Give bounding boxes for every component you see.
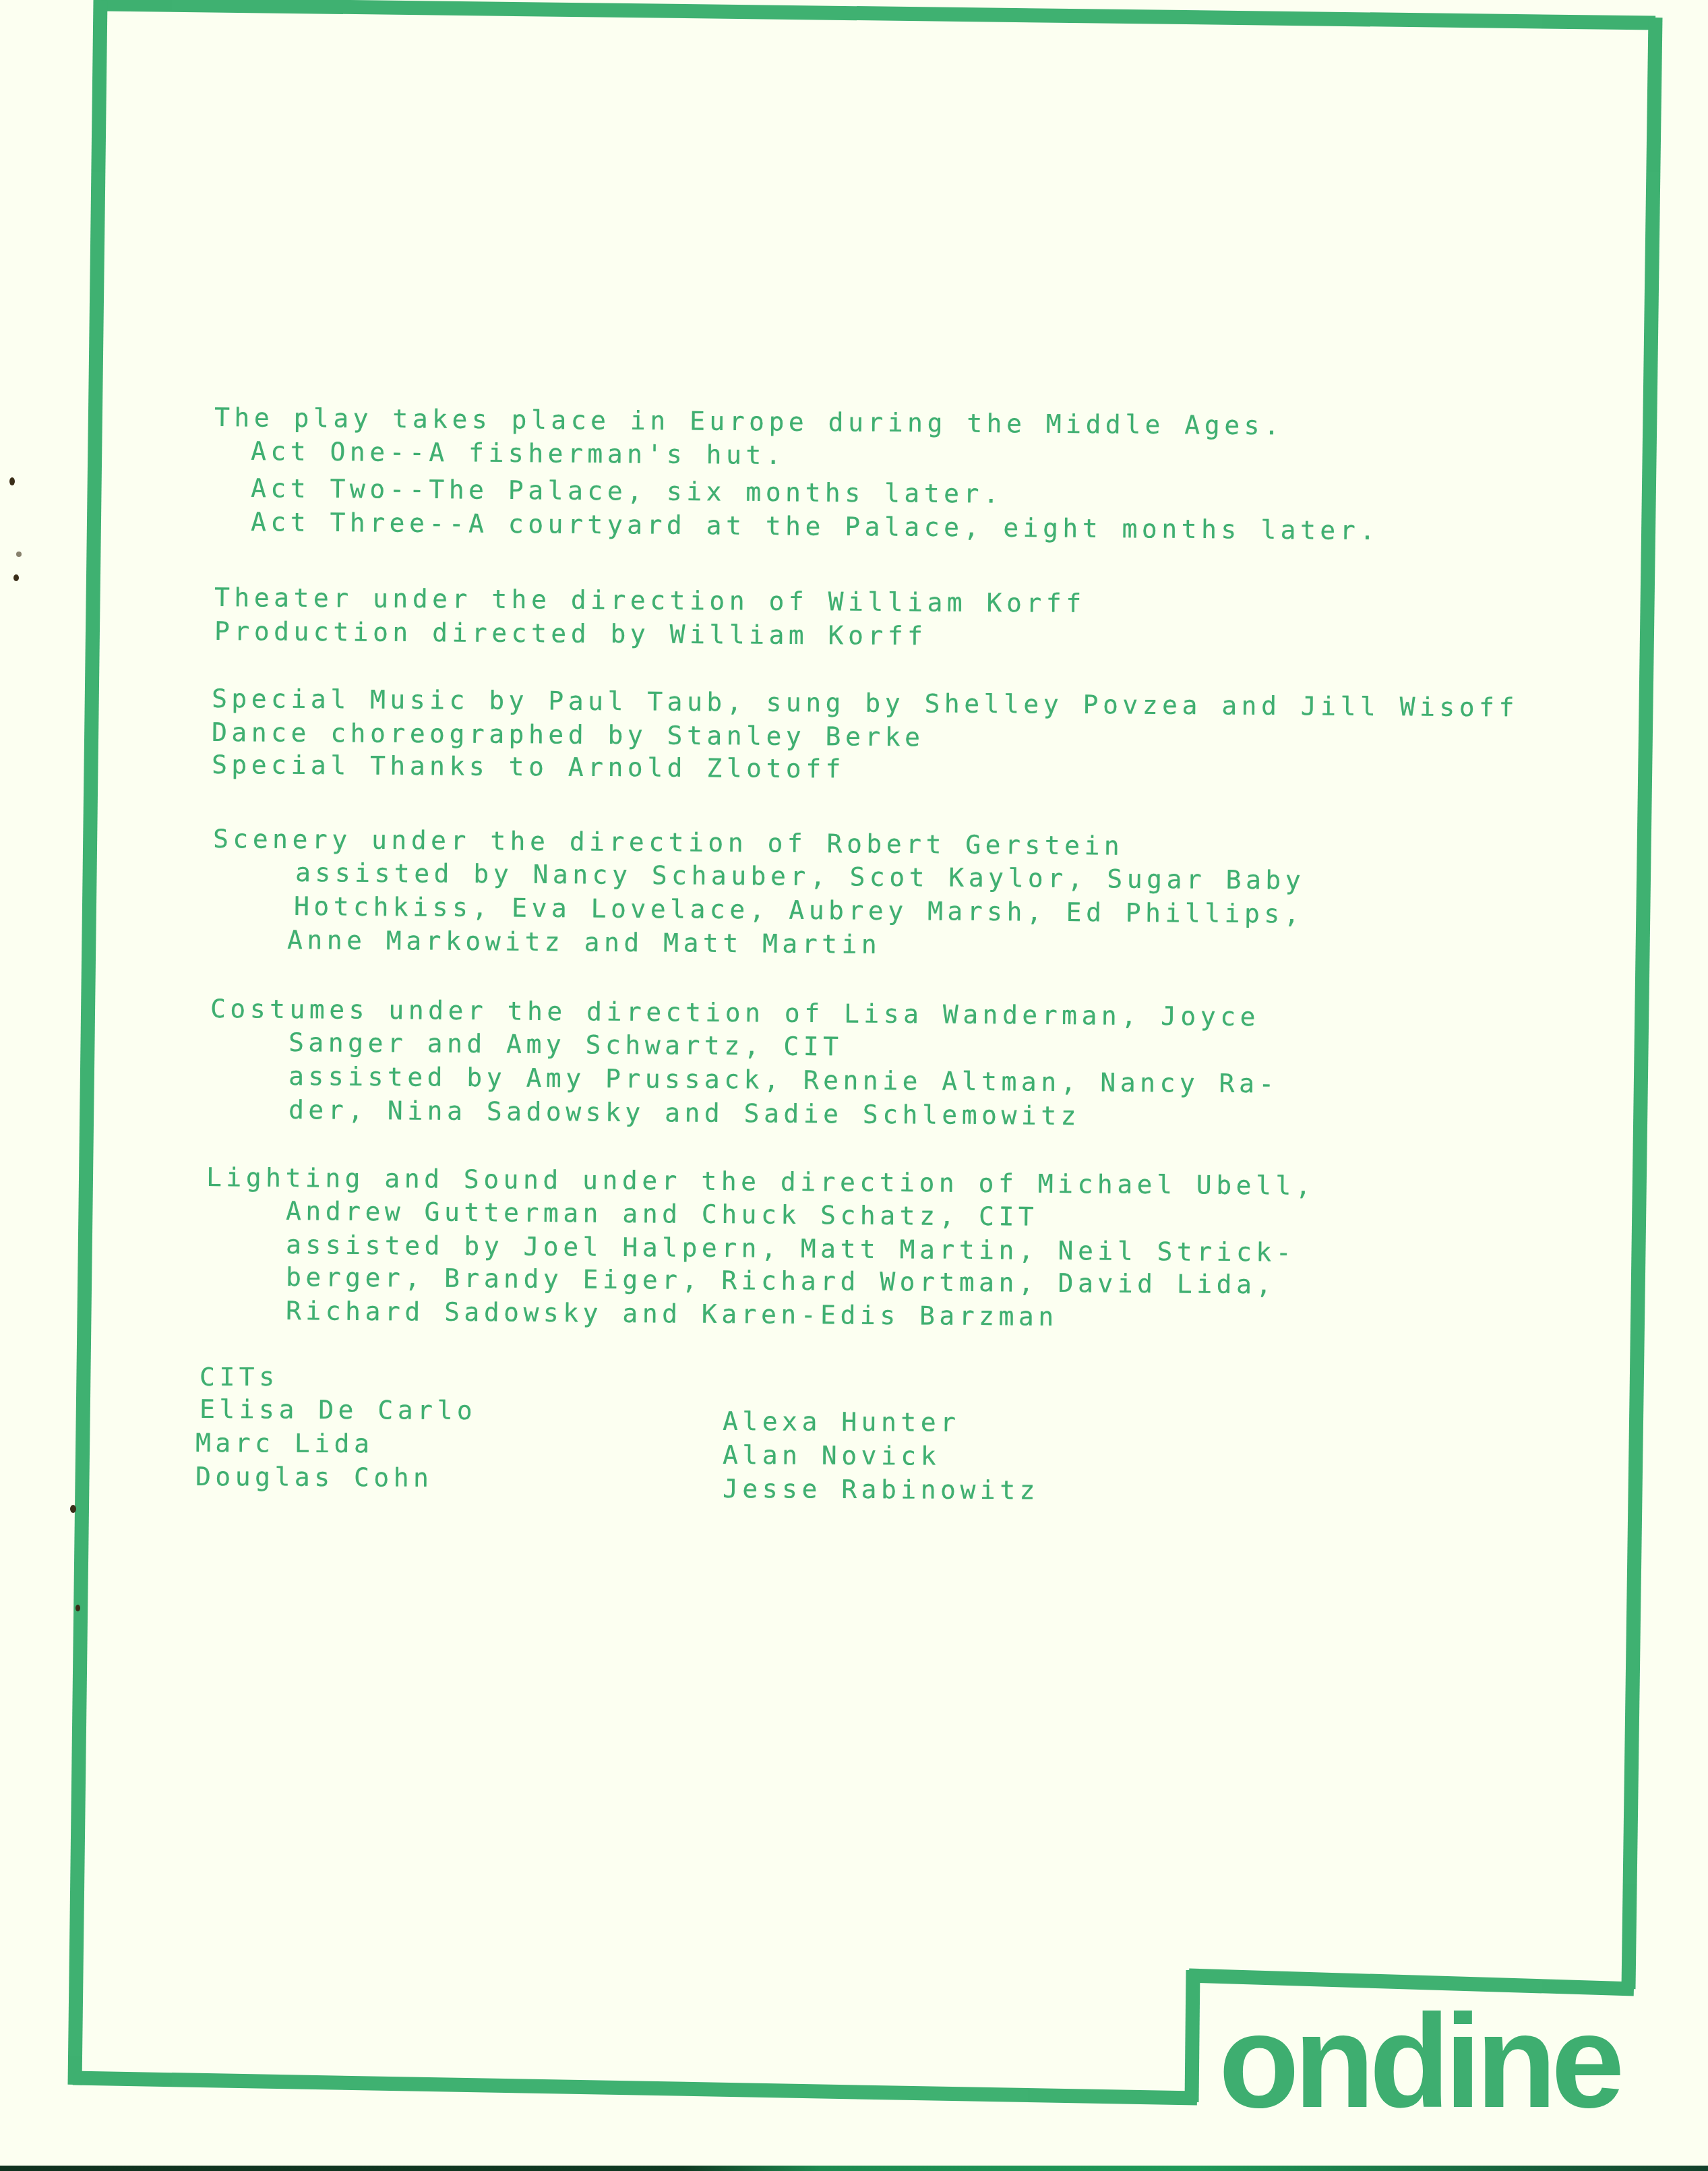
theater-direction: Theater under the direction of William K…: [214, 581, 1086, 620]
scan-edge-strip: [0, 2166, 1708, 2171]
costumes-line-2: Sanger and Amy Schwartz, CIT: [288, 1026, 843, 1063]
ondine-logo: ondine: [1219, 1996, 1619, 2128]
costumes-assist-1: assisted by Amy Prussack, Rennie Altman,…: [288, 1060, 1279, 1100]
cit-right-2: Alan Novick: [723, 1439, 940, 1473]
costumes-assist-2: der, Nina Sadowsky and Sadie Schlemowitz: [288, 1094, 1080, 1132]
paper-speck: [13, 574, 19, 581]
paper-speck: [16, 552, 22, 557]
scenery-assist-2: Hotchkiss, Eva Lovelace, Aubrey Marsh, E…: [294, 890, 1304, 930]
act-two: Act Two--The Palace, six months later.: [251, 472, 1004, 510]
act-three: Act Three--A courtyard at the Palace, ei…: [251, 506, 1380, 547]
scenery-assist-3: Anne Markowitz and Matt Martin: [287, 924, 882, 961]
cit-left-1: Elisa De Carlo: [200, 1393, 477, 1427]
lighting-assist-3: Richard Sadowsky and Karen-Edis Barzman: [286, 1295, 1058, 1333]
production-direction: Production directed by William Korff: [214, 615, 927, 652]
special-thanks: Special Thanks to Arnold Zlotoff: [212, 748, 845, 785]
dance-credit: Dance choreographed by Stanley Berke: [212, 716, 925, 753]
lighting-line-2: Andrew Gutterman and Chuck Schatz, CIT: [286, 1195, 1039, 1233]
lighting-assist-2: berger, Brandy Eiger, Richard Wortman, D…: [286, 1261, 1276, 1301]
cit-right-3: Jesse Rabinowitz: [723, 1473, 1039, 1506]
paper-speck: [9, 477, 15, 485]
program-page: The play takes place in Europe during th…: [0, 0, 1708, 2171]
act-one: Act One--A fisherman's hut.: [251, 435, 786, 471]
paper-speck: [70, 1505, 76, 1513]
cit-left-3: Douglas Cohn: [195, 1460, 433, 1494]
paper-speck: [75, 1605, 80, 1611]
cit-right-1: Alexa Hunter: [723, 1405, 960, 1439]
cit-left-2: Marc Lida: [195, 1427, 374, 1460]
cits-heading: CITs: [200, 1361, 279, 1393]
